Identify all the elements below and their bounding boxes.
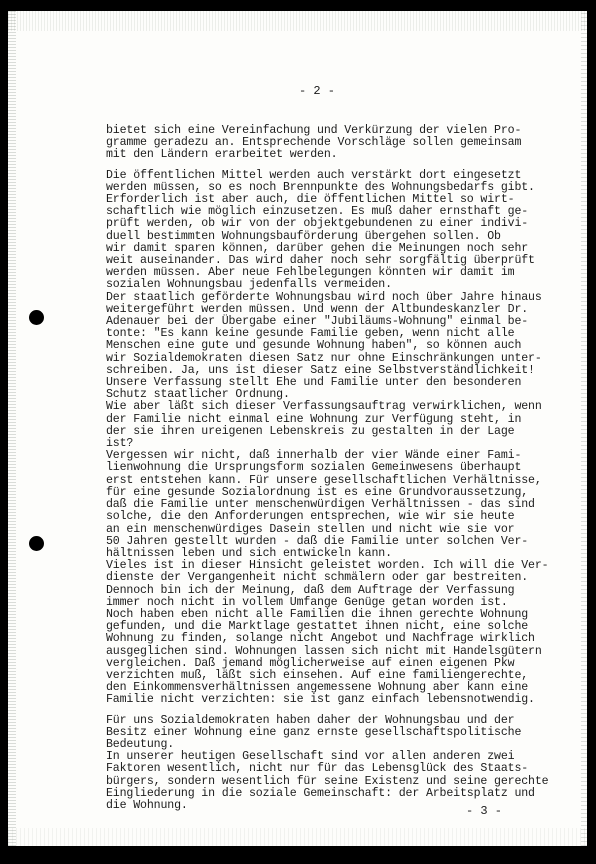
paragraph-7: Noch haben eben nicht alle Familien die …	[106, 609, 576, 707]
paragraph-3: Der staatlich geförderte Wohnungsbau wir…	[106, 292, 576, 402]
paragraph-1: bietet sich eine Vereinfachung und Verkü…	[106, 125, 576, 162]
text-line: Faktoren wesentlich, nicht nur für das L…	[106, 763, 576, 775]
text-line: die Wohnung.	[106, 800, 576, 812]
paragraph-5: Vergessen wir nicht, daß innerhalb der v…	[106, 450, 576, 560]
paragraph-8: Für uns Sozialdemokraten haben daher der…	[106, 715, 576, 752]
text-line: prüft werden, ob wir von der objektgebun…	[106, 218, 576, 230]
text-line: bürgers, sondern wesentlich für seine Ex…	[106, 776, 576, 788]
text-line: der sie ihren ureigenen Lebenskreis zu g…	[106, 426, 576, 438]
text-line: ausgeglichen sind. Wohnungen lassen sich…	[106, 646, 576, 658]
text-line: duell bestimmten Wohnungsbauförderung üb…	[106, 231, 576, 243]
document-body: bietet sich eine Vereinfachung und Verkü…	[106, 125, 576, 812]
text-line: sozialen Wohnungsbau jedenfalls vermeide…	[106, 279, 576, 291]
text-line: Dennoch bin ich der Meinung, daß dem Auf…	[106, 585, 576, 597]
text-line: Besitz einer Wohnung eine ganz ernste ge…	[106, 727, 576, 739]
text-line: Für uns Sozialdemokraten haben daher der…	[106, 715, 576, 727]
scan-edge-noise-left	[8, 11, 16, 846]
scan-edge-noise-right	[581, 11, 587, 846]
punch-hole-top	[29, 310, 44, 325]
text-line: lienwohnung die Ursprungsform sozialen G…	[106, 462, 576, 474]
paragraph-4: Wie aber läßt sich dieser Verfassungsauf…	[106, 401, 576, 450]
scanned-document-page: - 2 - bietet sich eine Vereinfachung und…	[8, 11, 587, 846]
text-line: Familie nicht verzichten: sie ist ganz e…	[106, 694, 576, 706]
paragraph-6: Vieles ist in dieser Hinsicht geleistet …	[106, 560, 576, 609]
text-line: solche, die den Anforderungen entspreche…	[106, 511, 576, 523]
text-line: Wie aber läßt sich dieser Verfassungsauf…	[106, 401, 576, 413]
punch-hole-bottom	[29, 536, 44, 551]
text-line: Der staatlich geförderte Wohnungsbau wir…	[106, 292, 576, 304]
paragraph-9: In unserer heutigen Gesellschaft sind vo…	[106, 751, 576, 812]
text-line: mit den Ländern erarbeitet werden.	[106, 149, 576, 161]
footer-page-number: - 3 -	[466, 804, 502, 818]
text-line: an ein menschenwürdiges Dasein stellen u…	[106, 524, 576, 536]
text-line: Die öffentlichen Mittel werden auch vers…	[106, 170, 576, 182]
paragraph-2: Die öffentlichen Mittel werden auch vers…	[106, 170, 576, 292]
text-line: dienste der Vergangenheit nicht schmäler…	[106, 572, 576, 584]
text-line: Wohnung zu finden, solange nicht Angebot…	[106, 633, 576, 645]
header-page-number: - 2 -	[299, 84, 335, 98]
text-line: Menschen eine gute und gesunde Wohnung h…	[106, 340, 576, 352]
